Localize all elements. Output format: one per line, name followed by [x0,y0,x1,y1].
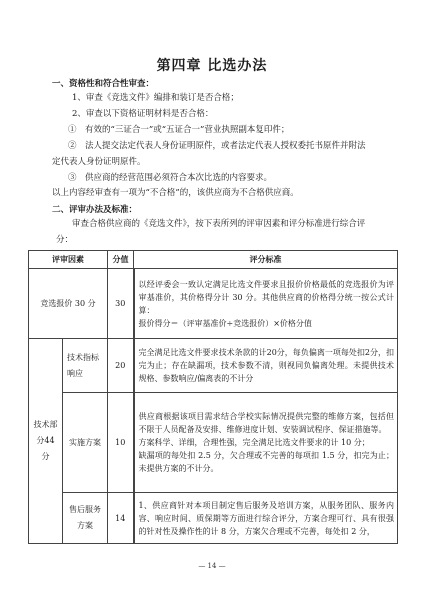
score-cell: 20 [108,339,134,393]
criteria-text: 缺漏项的每处扣 2.5 分，欠合理或不完善的每项扣 1.5 分，扣完为止；未提供… [139,449,395,475]
section1-heading: 一、资格性和符合性审查： [52,77,154,89]
score-cell: 14 [108,493,134,544]
table-row: 售后服务方案 14 1、供应商针对本项目制定售后服务及培训方案，从服务团队、服务… [29,493,398,544]
section1-sub3: ③ 供应商的经营范围必须符合本次比选的内容要求。 [68,172,272,184]
section1-sub2-line2: 定代表人身份证明原件。 [52,156,146,168]
section1-conclusion: 以上内容经审查有一项为“不合格”的，该供应商为不合格供应商。 [52,187,299,199]
criteria-cell: 1、供应商针对本项目制定售后服务及培训方案，从服务团队、服务内容、响应时间、质保… [134,493,398,544]
criteria-text: 以经评委会一致认定满足比选文件要求且报价价格最低的竞选报价为评审基准价，其价格得… [139,278,395,317]
section2-intro-line1: 审查合格供应商的《竞选文件》，按下表所列的评审因素和评分标准进行综合评 [72,218,365,230]
header-criteria: 评分标准 [134,251,398,269]
header-score: 分值 [108,251,134,269]
section1-sub2-line1: ② 法人提交法定代表人身份证明原件，或者法定代表人授权委托书原件并附法 [68,140,366,152]
group-cell: 技术部分44分 [29,339,63,544]
table-row: 竞选报价 30 分 30 以经评委会一致认定满足比选文件要求且报价价格最低的竞选… [29,269,398,339]
table-row: 实施方案 10 供应商根据该项目需求结合学校实际情况提供完整的维修方案，包括但不… [29,393,398,493]
chapter-title: 第四章 比选办法 [0,55,424,75]
table-header-row: 评审因素 分值 评分标准 [29,251,398,269]
section1-item1: 1、审查《竞选文件》编排和装订是否合格； [72,92,239,104]
score-cell: 10 [108,393,134,493]
factor-cell: 竞选报价 30 分 [29,269,108,339]
section2-heading: 二、评审办法及标准： [52,203,137,215]
criteria-cell: 供应商根据该项目需求结合学校实际情况提供完整的维修方案，包括但不限于人员配备及安… [134,393,398,493]
score-cell: 30 [108,269,134,339]
section1-sub1: ① 有效的“三证合一”或“五证合一”营业执照副本复印件； [68,124,289,136]
factor-cell: 技术指标响应 [63,339,108,393]
section1-item2: 2、审查以下资格证明材料是否合格： [72,108,213,120]
scoring-table: 评审因素 分值 评分标准 竞选报价 30 分 30 以经评委会一致认定满足比选文… [28,250,398,544]
criteria-formula: 报价得分＝（评审基准价÷竞选报价）×价格分值 [139,317,395,330]
criteria-cell: 完全满足比选文件要求技术条款的计20分，每负偏离一项每处扣2分，扣完为止；存在缺… [134,339,398,393]
factor-cell: 售后服务方案 [63,493,108,544]
criteria-text: 1、供应商针对本项目制定售后服务及培训方案，从服务团队、服务内容、响应时间、质保… [139,499,395,538]
section2-intro-line2: 分： [56,234,73,246]
factor-cell: 实施方案 [63,393,108,493]
criteria-text: 完全满足比选文件要求技术条款的计20分，每负偏离一项每处扣2分，扣完为止；存在缺… [139,346,395,385]
criteria-text: 方案科学、详细，合理性强，完全满足比选文件要求的计 10 分； [139,436,395,449]
criteria-cell: 以经评委会一致认定满足比选文件要求且报价价格最低的竞选报价为评审基准价，其价格得… [134,269,398,339]
criteria-text: 供应商根据该项目需求结合学校实际情况提供完整的维修方案，包括但不限于人员配备及安… [139,410,395,436]
header-factor: 评审因素 [29,251,108,269]
page-number: — 14 — [0,562,424,570]
table-row: 技术部分44分 技术指标响应 20 完全满足比选文件要求技术条款的计20分，每负… [29,339,398,393]
